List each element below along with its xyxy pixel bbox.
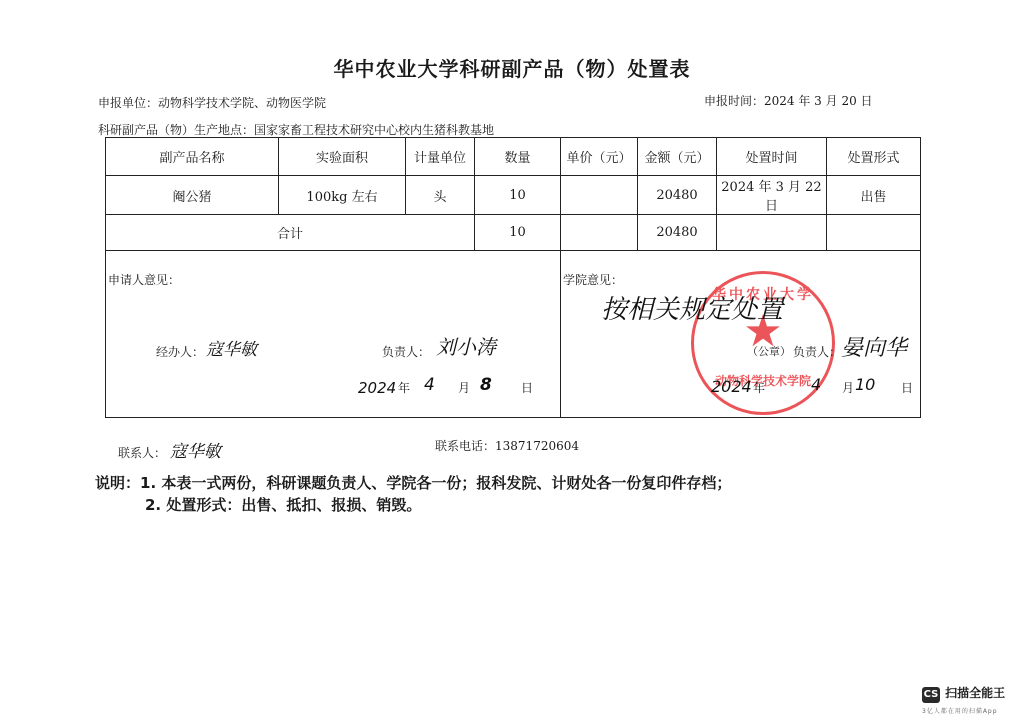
production-site-value: 国家家畜工程技术研究中心校内生猪科教基地 <box>254 123 494 137</box>
opinion-row: 申请人意见： 经办人： 寇华敏 负责人： 刘小涛 2024 年 4 月 8 日 … <box>106 251 921 418</box>
contact-person-label: 联系人： <box>118 446 166 460</box>
table-header-row: 副产品名称 实验面积 计量单位 数量 单价（元） 金额（元） 处置时间 处置形式 <box>106 138 921 176</box>
contact-person: 联系人： 寇华敏 <box>118 437 221 462</box>
cell-amount: 20480 <box>638 176 717 215</box>
production-site: 科研副产品（物）生产地点：国家家畜工程技术研究中心校内生猪科教基地 <box>98 121 494 138</box>
cell-area: 100kg 左右 <box>279 176 406 215</box>
applicant-date-year: 2024 <box>358 379 396 397</box>
total-dispose-form <box>827 215 921 251</box>
college-date-day-unit: 日 <box>901 379 913 396</box>
contact-person-signature: 寇华敏 <box>170 442 221 462</box>
total-quantity: 10 <box>475 215 561 251</box>
watermark-app-name: 扫描全能王 <box>945 686 1005 700</box>
seal-note: （公章） <box>747 343 791 359</box>
cell-dispose-time: 2024 年 3 月 22 日 <box>717 176 827 215</box>
handler-signature: 寇华敏 <box>206 335 257 360</box>
applicant-opinion-label: 申请人意见： <box>108 271 180 288</box>
document-title: 华中农业大学科研副产品（物）处置表 <box>0 53 1024 82</box>
notes-label: 说明： <box>95 474 140 492</box>
college-responsible-signature: 晏向华 <box>841 331 907 362</box>
applicant-date-month: 4 <box>424 375 435 395</box>
applicant-date-year-unit: 年 <box>398 379 410 396</box>
applicant-responsible-signature: 刘小涛 <box>436 331 496 360</box>
total-dispose-time <box>717 215 827 251</box>
cell-quantity: 10 <box>475 176 561 215</box>
header-amount: 金额（元） <box>638 138 717 176</box>
table-row: 阉公猪 100kg 左右 头 10 20480 2024 年 3 月 22 日 … <box>106 176 921 215</box>
college-opinion-label: 学院意见： <box>563 271 623 288</box>
header-dispose-form: 处置形式 <box>827 138 921 176</box>
notes-line-1: 说明：1. 本表一式两份，科研课题负责人、学院各一份；报科发院、计财处各一份复印… <box>95 472 731 493</box>
production-site-label: 科研副产品（物）生产地点： <box>98 123 254 137</box>
college-date-year: 2024 <box>711 377 752 396</box>
applicant-date-day: 8 <box>480 375 492 395</box>
college-responsible-label: 负责人： <box>793 343 841 360</box>
contact-phone-value: 13871720604 <box>495 439 579 453</box>
applicant-unit-label: 申报单位： <box>98 96 158 110</box>
total-amount: 20480 <box>638 215 717 251</box>
cell-dispose-form: 出售 <box>827 176 921 215</box>
applicant-unit-value: 动物科学技术学院、动物医学院 <box>158 96 326 110</box>
watermark-tagline: 3亿人都在用的扫描App <box>922 706 1005 715</box>
handler-label: 经办人： <box>156 343 204 360</box>
apply-date-value: 2024 年 3 月 20 日 <box>764 94 873 108</box>
notes-item-2: 2. 处置形式：出售、抵扣、报损、销毁。 <box>145 494 421 515</box>
disposal-table: 副产品名称 实验面积 计量单位 数量 单价（元） 金额（元） 处置时间 处置形式… <box>105 137 921 418</box>
table-total-row: 合计 10 20480 <box>106 215 921 251</box>
cell-name: 阉公猪 <box>106 176 279 215</box>
scanner-watermark: CS 扫描全能王 3亿人都在用的扫描App <box>922 682 1005 715</box>
cell-unit-price <box>561 176 638 215</box>
applicant-date-month-unit: 月 <box>458 379 470 396</box>
college-handwritten-opinion: 按相关规定处置 <box>601 289 783 326</box>
header-quantity: 数量 <box>475 138 561 176</box>
college-date-day: 10 <box>855 375 875 394</box>
apply-date: 申报时间：2024 年 3 月 20 日 <box>704 92 873 109</box>
applicant-unit: 申报单位：动物科学技术学院、动物医学院 <box>98 94 326 111</box>
contact-phone-label: 联系电话： <box>435 439 495 453</box>
header-dispose-time: 处置时间 <box>717 138 827 176</box>
cell-unit: 头 <box>406 176 475 215</box>
total-label: 合计 <box>106 215 475 251</box>
college-date-month: 4 <box>811 375 821 394</box>
college-date-year-unit: 年 <box>753 379 765 396</box>
applicant-responsible-label: 负责人： <box>382 343 430 360</box>
camscanner-logo-icon: CS <box>922 687 940 703</box>
contact-phone: 联系电话：13871720604 <box>435 437 579 454</box>
header-area: 实验面积 <box>279 138 406 176</box>
header-unit-price: 单价（元） <box>561 138 638 176</box>
header-unit: 计量单位 <box>406 138 475 176</box>
applicant-opinion-cell: 申请人意见： 经办人： 寇华敏 负责人： 刘小涛 2024 年 4 月 8 日 <box>106 251 561 418</box>
header-name: 副产品名称 <box>106 138 279 176</box>
total-unit-price <box>561 215 638 251</box>
applicant-date-day-unit: 日 <box>521 379 533 396</box>
college-date-month-unit: 月 <box>842 379 854 396</box>
college-opinion-cell: 学院意见： 华中农业大学 ★ 动物科学技术学院 按相关规定处置 （公章） 负责人… <box>561 251 921 418</box>
apply-date-label: 申报时间： <box>704 94 764 108</box>
notes-item-1: 1. 本表一式两份，科研课题负责人、学院各一份；报科发院、计财处各一份复印件存档… <box>140 474 731 492</box>
